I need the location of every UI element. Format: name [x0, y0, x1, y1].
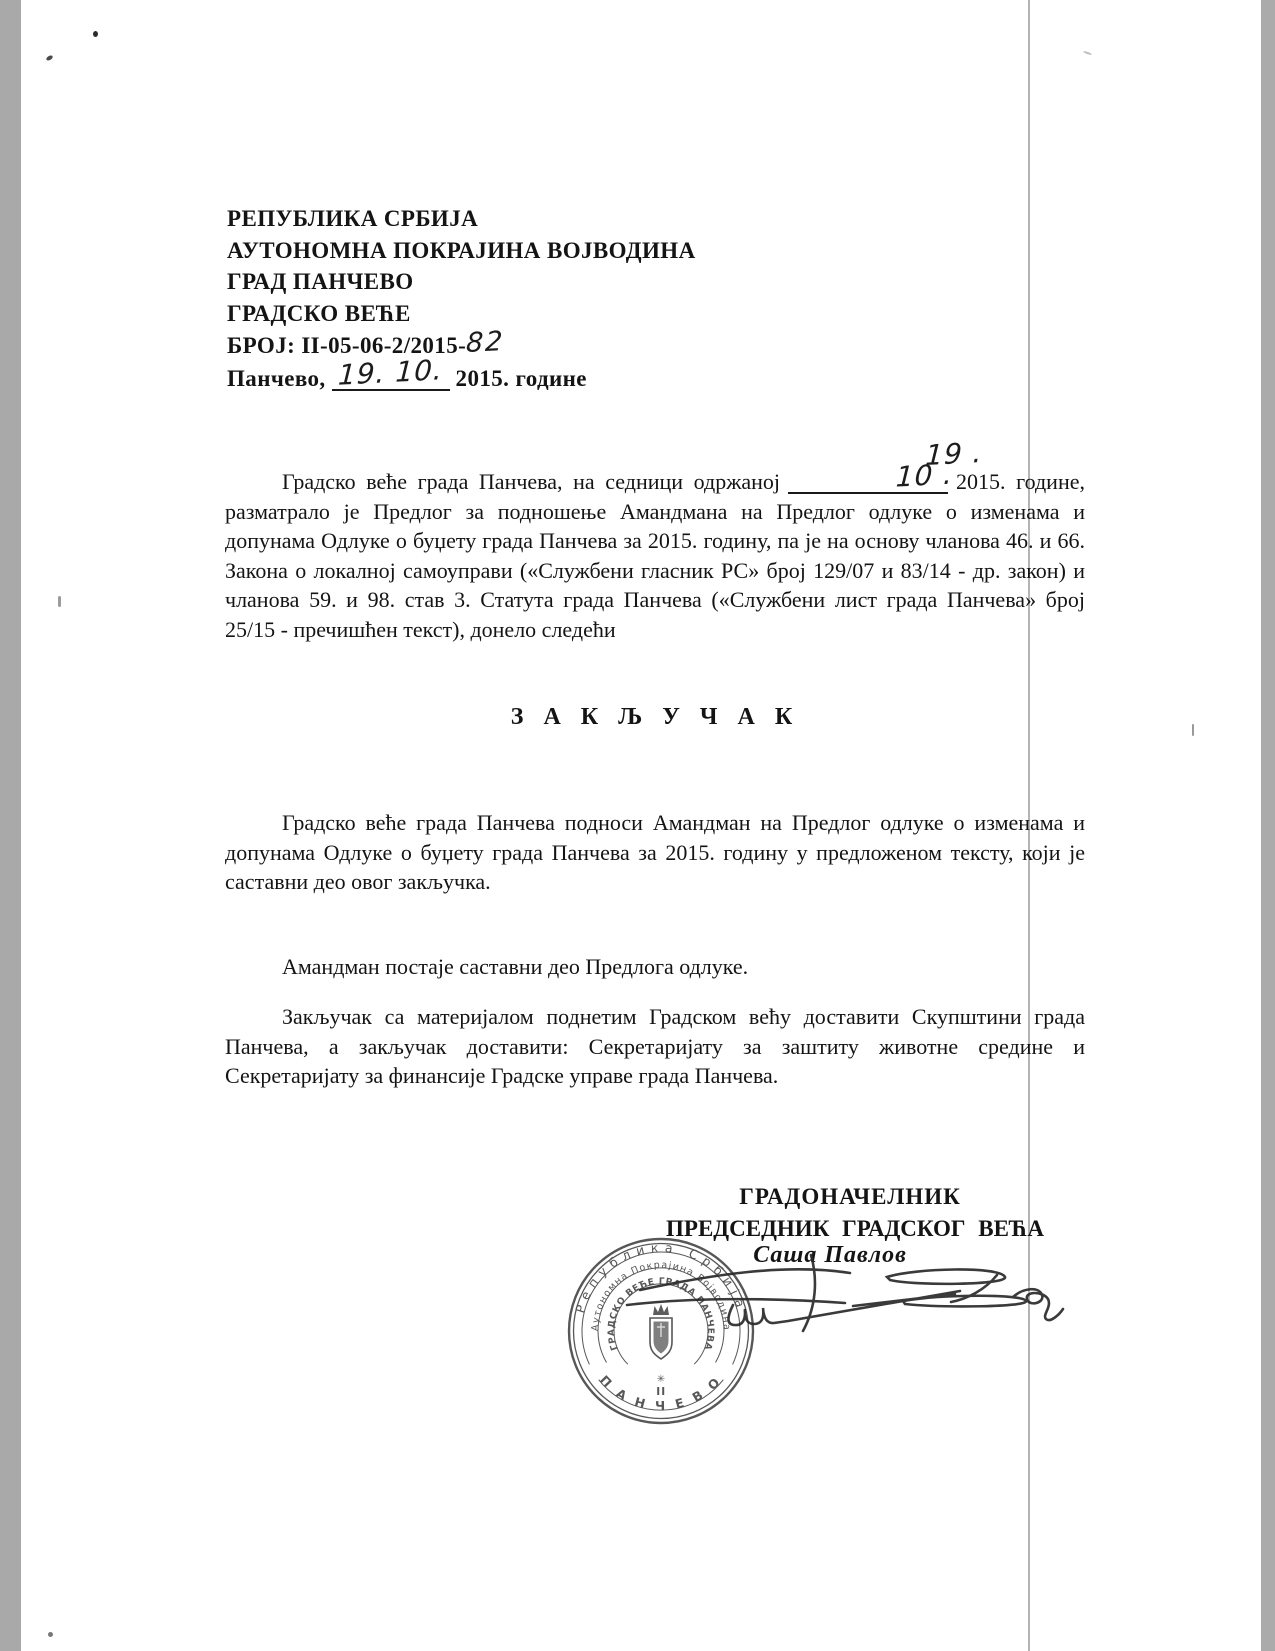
- signature-stroke: [640, 1269, 850, 1290]
- handwritten-session-date: 19 . 10 .: [844, 442, 1006, 491]
- paragraph-intro-lead: Градско веће града Панчева, на седници о…: [282, 469, 780, 494]
- scan-edge-right: [1261, 0, 1275, 1651]
- scan-speck: [58, 596, 61, 607]
- stamp-roman-numeral-mark: [657, 1387, 664, 1395]
- scan-speck: [1083, 51, 1092, 56]
- stamp-center-star: ✳: [657, 1374, 665, 1385]
- signer-role-mayor: ГРАДОНАЧЕЛНИК: [680, 1184, 1020, 1210]
- paragraph-intro-rest: 2015. године, разматрало је Предлог за п…: [225, 469, 1085, 642]
- scan-edge-left: [0, 0, 21, 1651]
- handwritten-document-number: 82: [465, 326, 505, 360]
- scan-speck: [45, 55, 53, 62]
- document-number-line: БРОЈ: II-05-06-2/2015-82: [227, 329, 927, 363]
- paragraph-intro: Градско веће града Панчева, на седници о…: [225, 450, 1085, 645]
- letterhead-country: РЕПУБЛИКА СРБИЈА: [227, 203, 927, 235]
- paragraph-delivery: Закључак са материјалом поднетим Градско…: [225, 1002, 1085, 1091]
- scan-speck: [48, 1632, 53, 1637]
- handwritten-date: 19. 10.: [338, 360, 444, 386]
- letterhead-council: ГРАДСКО ВЕЋЕ: [227, 298, 927, 330]
- place-date-line: Панчево,19. 10.2015. године: [227, 363, 927, 397]
- letterhead-city: ГРАД ПАНЧЕВО: [227, 266, 927, 298]
- date-underline-field: 19. 10.: [332, 367, 450, 391]
- scan-speck: [1192, 724, 1194, 736]
- signature-stroke: [728, 1291, 960, 1325]
- place-label: Панчево,: [227, 366, 326, 391]
- signature-stroke: [887, 1269, 1005, 1283]
- handwritten-signature: [615, 1235, 1085, 1365]
- paragraph-integral-part: Амандман постаје саставни део Предлога о…: [225, 952, 1085, 982]
- letterhead: РЕПУБЛИКА СРБИЈА АУТОНОМНА ПОКРАЈИНА ВОЈ…: [227, 203, 927, 397]
- letterhead-province: АУТОНОМНА ПОКРАЈИНА ВОЈВОДИНА: [227, 235, 927, 267]
- document-title: З А К Љ У Ч А К: [225, 704, 1085, 731]
- date-suffix: 2015. године: [456, 366, 587, 391]
- session-date-underline-field: 19 . 10 .: [788, 450, 948, 494]
- signature-stroke: [803, 1255, 815, 1331]
- scan-speck: [93, 31, 98, 37]
- scanned-document-page: РЕПУБЛИКА СРБИЈА АУТОНОМНА ПОКРАЈИНА ВОЈ…: [0, 0, 1275, 1651]
- signature-stroke: [951, 1275, 997, 1302]
- paragraph-amendment: Градско веће града Панчева подноси Аманд…: [225, 808, 1085, 897]
